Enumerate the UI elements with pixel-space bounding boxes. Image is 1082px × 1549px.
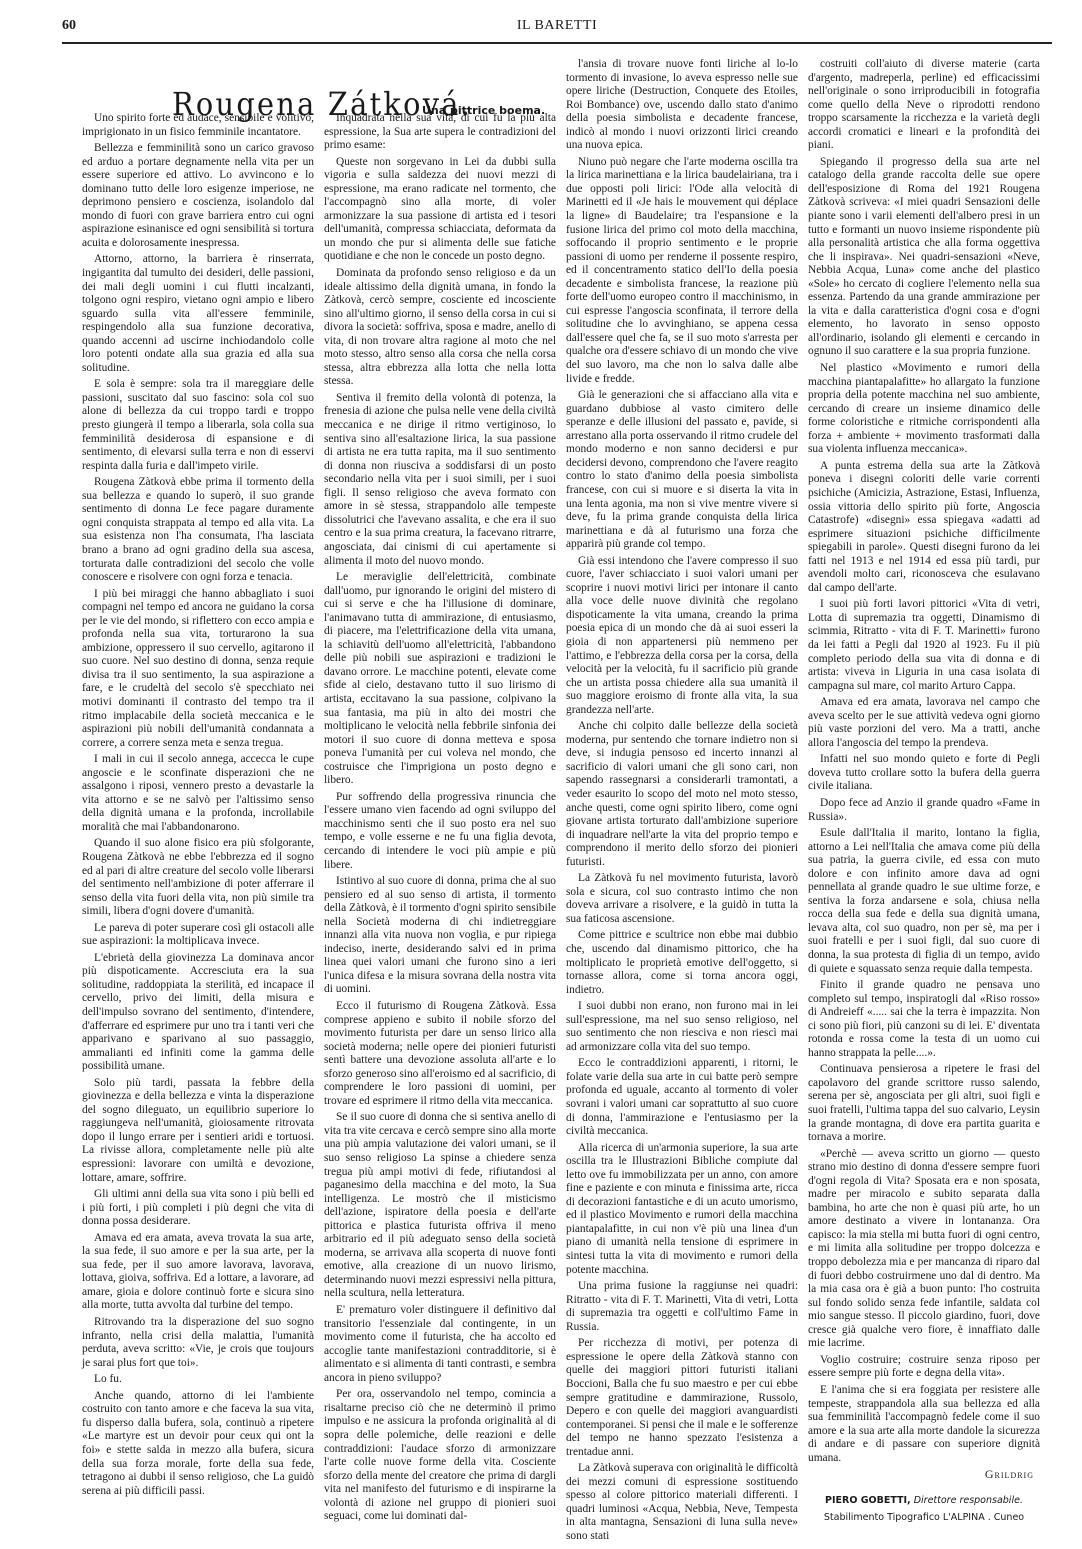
paragraph: «Perchè — aveva scritto un giorno — ques… [808,1148,1040,1351]
header-rule [62,42,1052,44]
paragraph: Dopo fece ad Anzio il grande quadro «Fam… [808,797,1040,824]
author-signature: Grildrig [808,1468,1034,1482]
paragraph: Dominata da profondo senso religioso e d… [324,267,556,389]
paragraph: Anche chi colpito dalle bellezze della s… [566,720,798,869]
paragraph: Alla ricerca di un'armonia superiore, la… [566,1142,798,1277]
paragraph: Lo fu. [82,1373,314,1387]
paragraph: Una prima fusione la raggiunse nei quadr… [566,1280,798,1334]
paragraph: Come pittrice e scultrice non ebbe mai d… [566,929,798,997]
paragraph: Già le generazioni che si affacciano all… [566,389,798,552]
column-3: l'ansia di trovare nuove fonti liriche a… [566,58,798,1547]
article-body: Rougena Zátková. Una pittrice boema. Uno… [62,54,1052,1544]
paragraph: Sentiva il fremito della volontà di pote… [324,392,556,568]
printer-line: Stabilimento Tipografico L'ALPINA . Cune… [808,1511,1040,1525]
paragraph: I suoi dubbi non erano, non furono mai i… [566,1000,798,1054]
paragraph: Le meraviglie dell'elettricità, combinat… [324,571,556,788]
paragraph: Rougena Zàtkovà ebbe prima il tormento d… [82,476,314,584]
colophon: PIERO GOBETTI, Direttore responsabile. S… [808,1494,1040,1525]
column-4-body: costruiti coll'aiuto di diverse materie … [808,58,1040,1465]
paragraph: Voglio costruire; costruire senza riposo… [808,1354,1040,1381]
paragraph: L'ebrietà della giovinezza La dominava a… [82,952,314,1074]
paragraph: Esule dall'Italia il marito, lontano la … [808,827,1040,976]
paragraph: Infatti nel suo mondo quieto e forte di … [808,753,1040,794]
column-4: costruiti coll'aiuto di diverse materie … [808,58,1040,1529]
paragraph: Solo più tardi, passata la febbre della … [82,1077,314,1185]
paragraph: Ecco il futurismo di Rougena Zàtkovà. Es… [324,1000,556,1108]
paragraph: l'ansia di trovare nuove fonti liriche a… [566,58,798,153]
editor-line: PIERO GOBETTI, Direttore responsabile. [808,1494,1040,1508]
column-1: Uno spirito forte ed audace, sensibile e… [82,112,314,1501]
paragraph: Bellezza e femminilità sono un carico gr… [82,142,314,250]
paragraph: Istintivo al suo cuore di donna, prima c… [324,875,556,997]
paragraph: Ecco le contraddizioni apparenti, i rito… [566,1057,798,1138]
paragraph: Queste non sorgevano in Lei da dubbi sul… [324,156,556,264]
paragraph: Le pareva di poter superare così gli ost… [82,922,314,949]
paragraph: Nel plastico «Movimento e rumori della m… [808,362,1040,457]
paragraph: E sola è sempre: sola tra il mareggiare … [82,378,314,473]
paragraph: A punta estrema della sua arte la Zàtkov… [808,460,1040,595]
paragraph: I più bei miraggi che hanno abbagliato i… [82,588,314,751]
paragraph: Se il suo cuore di donna che si sentiva … [324,1111,556,1301]
running-header: 60 IL BARETTI [62,14,1052,42]
paragraph: Amava ed era amata, lavorava nel campo c… [808,696,1040,750]
paragraph: I suoi più forti lavori pittorici «Vita … [808,598,1040,693]
paragraph: E' prematuro voler distinguere il defini… [324,1304,556,1385]
paragraph: costruiti coll'aiuto di diverse materie … [808,58,1040,153]
paragraph: I mali in cui il secolo annega, accecca … [82,753,314,834]
paragraph: Per ricchezza di motivi, per potenza di … [566,1337,798,1459]
paragraph: E l'anima che si era foggiata per resist… [808,1384,1040,1465]
paragraph: Per ora, osservandolo nel tempo, cominci… [324,1388,556,1523]
paragraph: Spiegando il progresso della sua arte ne… [808,156,1040,359]
journal-title: IL BARETTI [62,18,1052,34]
paragraph: Finito il grande quadro ne pensava uno c… [808,979,1040,1060]
paragraph: La Zàtkovà fu nel movimento futurista, l… [566,872,798,926]
paragraph: Gli ultimi anni della sua vita sono i pi… [82,1188,314,1229]
paragraph: Quando il suo alone fisico era più sfolg… [82,837,314,918]
editor-role: Direttore responsabile. [914,1495,1023,1506]
paragraph: Continuava pensierosa a ripetere le fras… [808,1063,1040,1144]
paragraph: Già essi intendono che l'avere compresso… [566,555,798,718]
paragraph: Inquadrata nella sua vita, di cui fu la … [324,112,556,153]
paragraph: Pur soffrendo della progressiva rinuncia… [324,791,556,872]
paragraph: Amava ed era amata, aveva trovata la sua… [82,1232,314,1313]
column-2: Inquadrata nella sua vita, di cui fu la … [324,112,556,1527]
paragraph: La Zàtkovà superava con originalità le d… [566,1462,798,1543]
editor-name: PIERO GOBETTI, [825,1495,911,1506]
newspaper-page: 60 IL BARETTI Rougena Zátková. Una pittr… [62,14,1052,44]
paragraph: Ritrovando tra la disperazione del suo s… [82,1316,314,1370]
paragraph: Anche quando, attorno di lei l'ambiente … [82,1390,314,1498]
paragraph: Attorno, attorno, la barriera è rinserra… [82,253,314,375]
paragraph: Niuno può negare che l'arte moderna osci… [566,156,798,386]
paragraph: Uno spirito forte ed audace, sensibile e… [82,112,314,139]
